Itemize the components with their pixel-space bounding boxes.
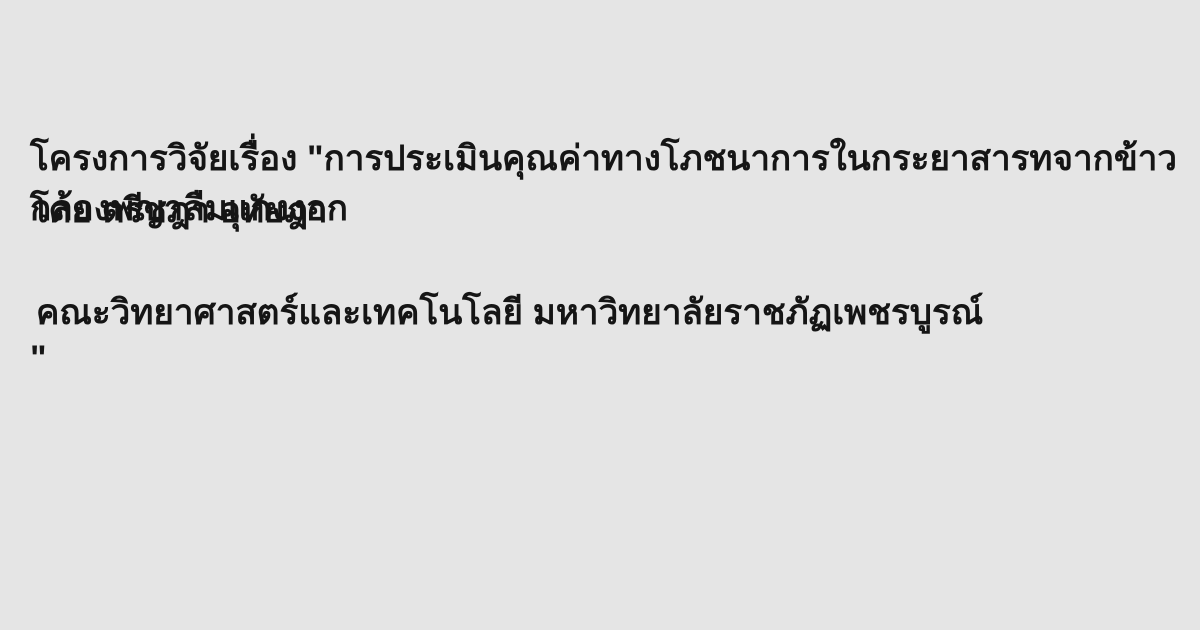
author-line: โดย ตรีชฎา อุทัยฎา xyxy=(30,194,1180,228)
affiliation-line: คณะวิทยาศาสตร์และเทคโนโลยี มหาวิทยาลัยรา… xyxy=(30,296,1180,330)
research-title-card: โครงการวิจัยเรื่อง "การประเมินคุณค่าทางโ… xyxy=(0,0,1200,630)
byline: โดย ตรีชฎา อุทัยฎา คณะวิทยาศาสตร์และเทคโ… xyxy=(30,126,1180,398)
